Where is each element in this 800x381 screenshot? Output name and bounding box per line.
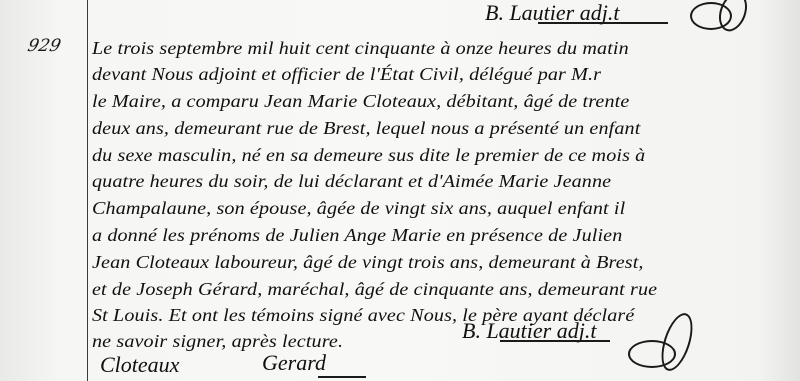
record-line-9: Jean Cloteaux laboureur, âgé de vingt tr… [92, 252, 644, 273]
signature-underline [500, 340, 610, 342]
signature-underline [318, 376, 366, 378]
record-line-6: quatre heures du soir, de lui déclarant … [92, 171, 611, 192]
record-line-3: le Maire, a comparu Jean Marie Cloteaux,… [92, 91, 629, 112]
register-page: 929 B. Lautier adj.t Le trois septembre … [0, 0, 800, 381]
record-line-5: du sexe masculin, né en sa demeure sus d… [92, 145, 645, 166]
record-line-4: deux ans, demeurant rue de Brest, lequel… [92, 118, 640, 139]
entry-number: 929 [26, 36, 63, 56]
margin-rule [87, 0, 88, 381]
record-line-12: ne savoir signer, après lecture. [92, 331, 343, 352]
signature-underline [538, 22, 668, 24]
witness-signature-gerard: Gerard [262, 350, 326, 376]
witness-signature-cloteaux: Cloteaux [100, 352, 179, 378]
record-line-8: a donné les prénoms de Julien Ange Marie… [92, 225, 622, 246]
record-line-7: Champalaune, son épouse, âgée de vingt s… [92, 198, 625, 219]
record-line-10: et de Joseph Gérard, maréchal, âgé de ci… [92, 279, 657, 300]
record-line-1: Le trois septembre mil huit cent cinquan… [92, 38, 629, 59]
record-line-2: devant Nous adjoint et officier de l'Éta… [92, 64, 601, 85]
